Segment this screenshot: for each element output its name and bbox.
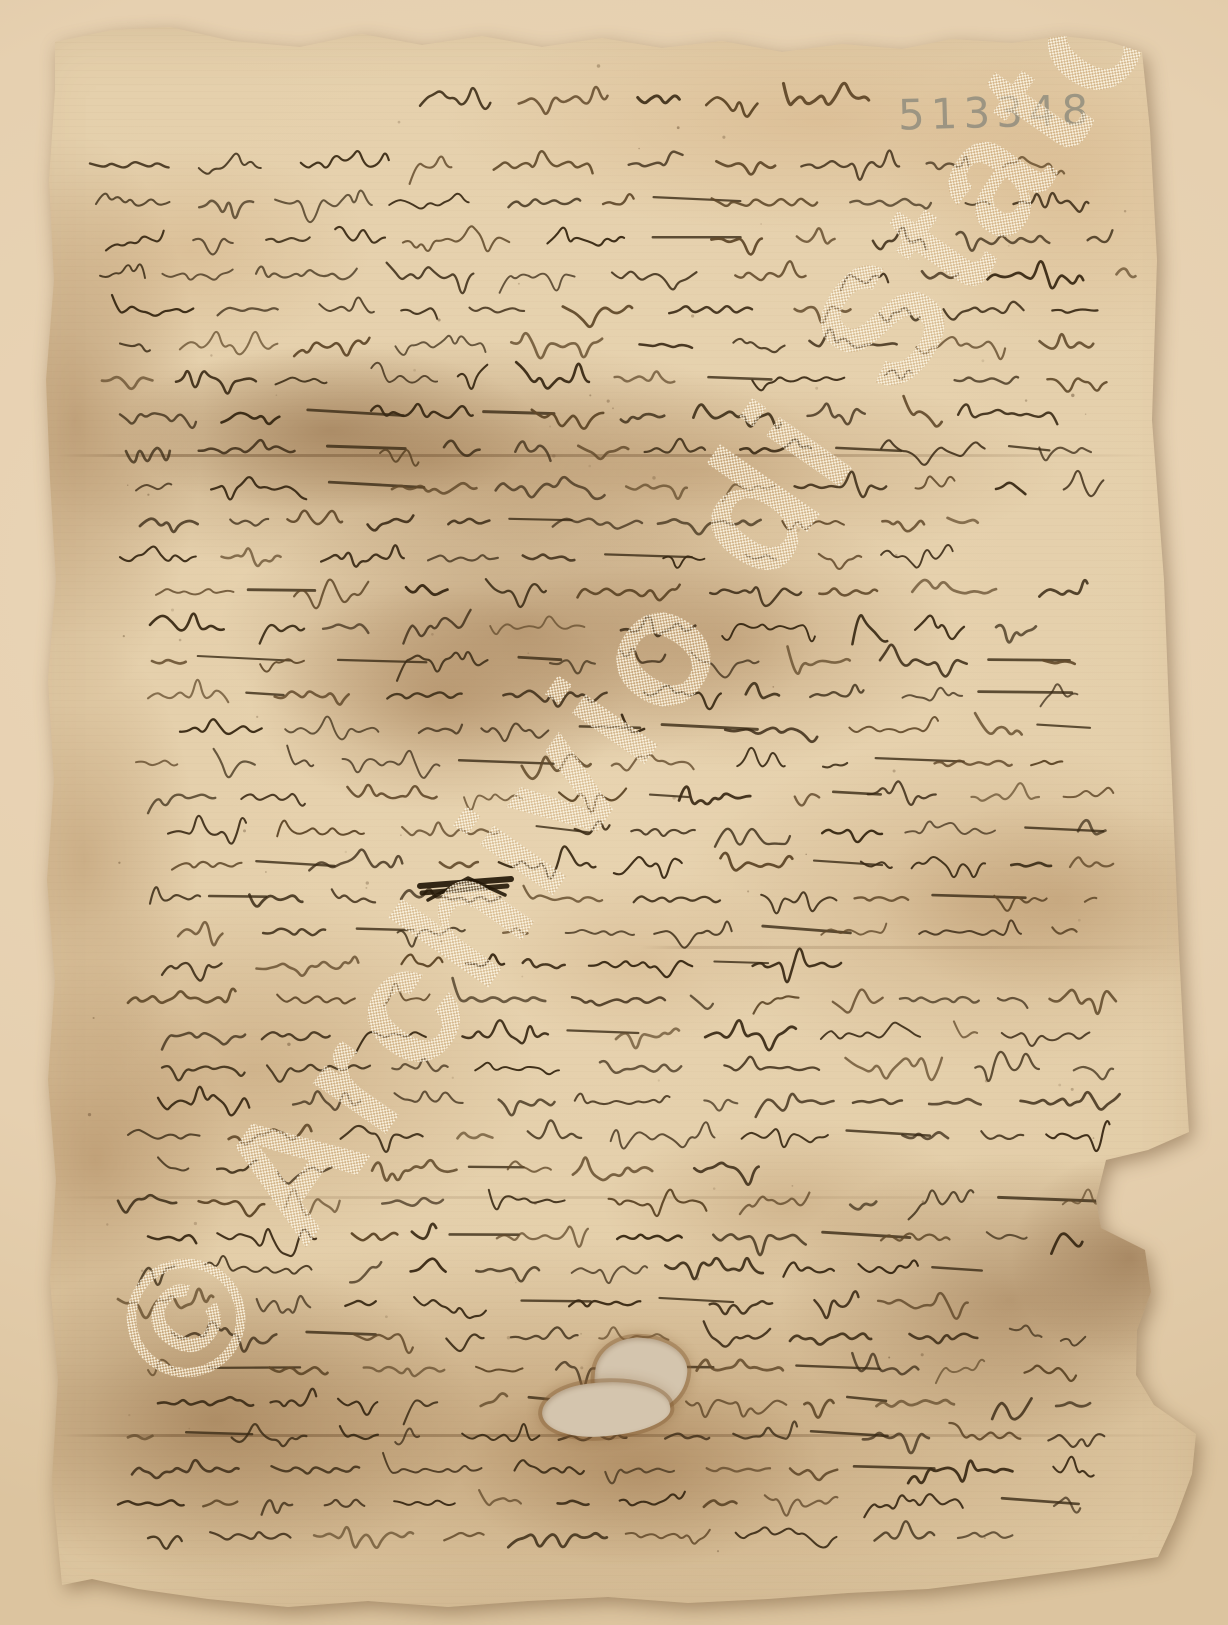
archive-number: 513348 — [897, 85, 1095, 139]
paper-shadow-wrap: a dì 8 d'ottobre 1495 513348 — [0, 0, 1228, 1625]
backdrop: a dì 8 d'ottobre 1495 513348 — [0, 0, 1228, 1625]
manuscript-paper: a dì 8 d'ottobre 1495 513348 — [0, 0, 1228, 1625]
dateline-transcription: a dì 8 d'ottobre 1495 — [0, 0, 1, 1]
